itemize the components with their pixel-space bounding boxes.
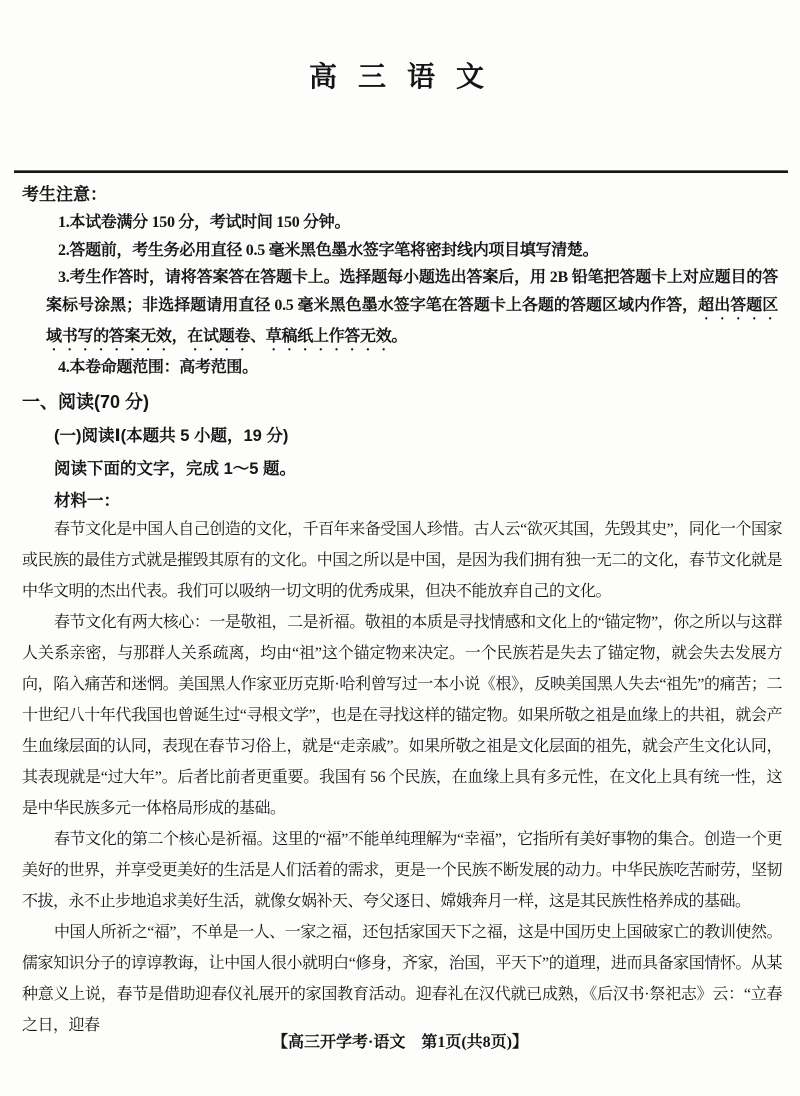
- material-paragraph-1: 春节文化是中国人自己创造的文化，千百年来备受国人珍惜。古人云“欲灭其国，先毁其史…: [22, 514, 782, 607]
- page-title: 高 三 语 文: [0, 0, 800, 98]
- reading-instruction: 阅读下面的文字，完成 1～5 题。: [54, 456, 800, 482]
- notice-item-2: 2.答题前，考生务必用直径 0.5 毫米黑色墨水签字笔将密封线内项目填写清楚。: [46, 237, 778, 265]
- subsection-heading-reading-1: (一)阅读Ⅰ(本题共 5 小题，19 分): [54, 423, 800, 449]
- header-divider: [14, 170, 788, 173]
- page-footer: 【高三开学考·语文 第1页(共8页)】: [0, 1029, 800, 1052]
- notice-list: 1.本试卷满分 150 分，考试时间 150 分钟。 2.答题前，考生务必用直径…: [46, 209, 778, 381]
- exam-paper-page: 高 三 语 文 考生注意： 1.本试卷满分 150 分，考试时间 150 分钟。…: [0, 0, 800, 1096]
- notice-item-4: 4.本卷命题范围：高考范围。: [46, 354, 778, 382]
- notice-heading: 考生注意：: [22, 183, 800, 207]
- notice-item-1: 1.本试卷满分 150 分，考试时间 150 分钟。: [46, 209, 778, 237]
- material-paragraph-4: 中国人所祈之“福”，不单是一人、一家之福，还包括家国天下之福，这是中国历史上国破…: [22, 917, 782, 1041]
- notice-item-3-text: 3.考生作答时，请将答案答在答题卡上。选择题每小题选出答案后，用 2B 铅笔把答…: [46, 269, 778, 314]
- section-heading-reading: 一、阅读(70 分): [22, 389, 800, 415]
- material-paragraph-2: 春节文化有两大核心：一是敬祖，二是祈福。敬祖的本质是寻找情感和文化上的“锚定物”…: [22, 607, 782, 824]
- notice-item-3: 3.考生作答时，请将答案答在答题卡上。选择题每小题选出答案后，用 2B 铅笔把答…: [46, 264, 778, 354]
- material-one-text: 春节文化是中国人自己创造的文化，千百年来备受国人珍惜。古人云“欲灭其国，先毁其史…: [22, 514, 782, 1041]
- material-one-label: 材料一：: [54, 488, 800, 514]
- material-paragraph-3: 春节文化的第二个核心是祈福。这里的“福”不能单纯理解为“幸福”，它指所有美好事物…: [22, 824, 782, 917]
